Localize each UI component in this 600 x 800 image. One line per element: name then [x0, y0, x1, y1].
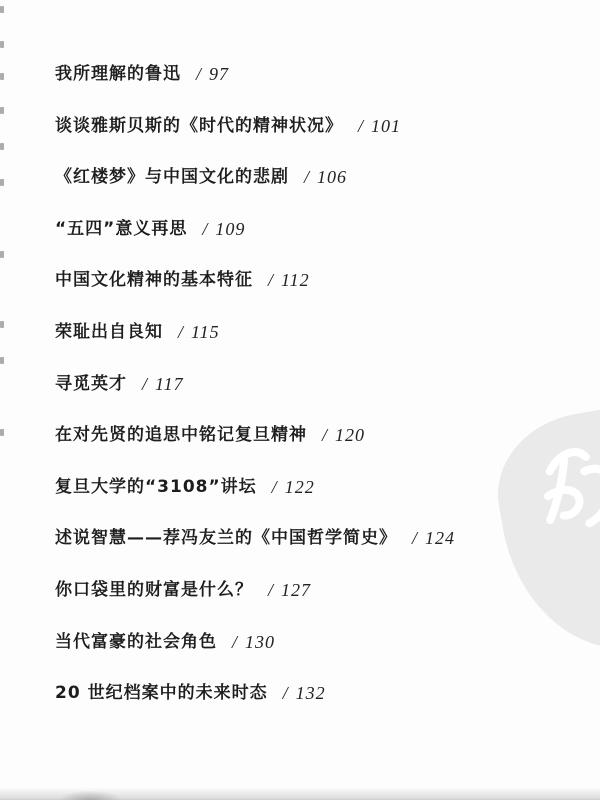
left-edge-artifact	[0, 429, 4, 436]
toc-entry-page: 130	[245, 632, 275, 652]
left-edge-artifact	[0, 179, 4, 186]
left-edge-artifact	[0, 6, 4, 13]
toc-entry-separator: /	[358, 116, 363, 136]
toc-entry-separator: /	[304, 167, 309, 187]
toc-entry-title: 20 世纪档案中的未来时态	[55, 683, 268, 703]
toc-entry-separator: /	[272, 477, 277, 497]
toc-entry: 在对先贤的追思中铭记复旦精神 / 120	[55, 425, 600, 477]
toc-entry-title: 中国文化精神的基本特征	[55, 270, 253, 290]
left-edge-artifact	[0, 321, 4, 328]
toc-entry-separator: /	[283, 683, 288, 703]
toc-entry-separator: /	[142, 374, 147, 394]
toc-entry-page: 115	[191, 322, 220, 342]
toc-entry-separator: /	[322, 425, 327, 445]
toc-entry-page: 132	[296, 683, 326, 703]
bottom-scan-smudge	[60, 791, 120, 800]
toc-entry-page: 109	[215, 219, 245, 239]
toc-entry-separator: /	[268, 580, 273, 600]
toc-entry-page: 120	[335, 425, 365, 445]
toc-entry: 20 世纪档案中的未来时态 / 132	[55, 683, 600, 735]
toc-entry-page: 117	[155, 374, 184, 394]
toc-entry-title: “五四”意义再思	[55, 219, 187, 239]
toc-entry-title: 复旦大学的“3108”讲坛	[55, 477, 257, 497]
toc-entry-title: 寻觅英才	[55, 374, 127, 394]
toc-entry-page: 106	[317, 167, 347, 187]
toc-entry-title: 述说智慧——荐冯友兰的《中国哲学简史》	[55, 528, 397, 548]
toc-entry-page: 97	[209, 64, 229, 84]
toc-entry-title: 谈谈雅斯贝斯的《时代的精神状况》	[55, 116, 343, 136]
toc-entry-title: 当代富豪的社会角色	[55, 632, 217, 652]
toc-entry-separator: /	[178, 322, 183, 342]
toc-entry: 荣耻出自良知 / 115	[55, 322, 600, 374]
toc-entry: 当代富豪的社会角色 / 130	[55, 632, 600, 684]
toc-entry: 寻觅英才 / 117	[55, 374, 600, 426]
toc-entry: 你口袋里的财富是什么？ / 127	[55, 580, 600, 632]
toc-entry-separator: /	[196, 64, 201, 84]
toc-entry: 谈谈雅斯贝斯的《时代的精神状况》 / 101	[55, 116, 600, 168]
toc-entry-page: 122	[285, 477, 315, 497]
toc-entry-title: 我所理解的鲁迅	[55, 64, 181, 84]
toc-entry-title: 在对先贤的追思中铭记复旦精神	[55, 425, 307, 445]
toc-entry-title: 荣耻出自良知	[55, 322, 163, 342]
toc-entry-separator: /	[202, 219, 207, 239]
scanned-page: 我所理解的鲁迅 / 97 谈谈雅斯贝斯的《时代的精神状况》 / 101 《红楼梦…	[0, 0, 600, 800]
toc-entry-separator: /	[268, 270, 273, 290]
table-of-contents: 我所理解的鲁迅 / 97 谈谈雅斯贝斯的《时代的精神状况》 / 101 《红楼梦…	[55, 64, 600, 735]
toc-entry: 述说智慧——荐冯友兰的《中国哲学简史》 / 124	[55, 528, 600, 580]
left-edge-artifact	[0, 357, 4, 364]
toc-entry: 复旦大学的“3108”讲坛 / 122	[55, 477, 600, 529]
left-edge-artifact	[0, 251, 4, 258]
toc-entry-title: 《红楼梦》与中国文化的悲剧	[55, 167, 289, 187]
toc-entry-page: 112	[281, 270, 310, 290]
toc-entry-page: 101	[371, 116, 401, 136]
toc-entry-page: 127	[281, 580, 311, 600]
left-edge-artifact	[0, 143, 4, 150]
toc-entry: 中国文化精神的基本特征 / 112	[55, 270, 600, 322]
left-edge-artifact	[0, 41, 4, 48]
toc-entry-page: 124	[425, 528, 455, 548]
toc-entry-title: 你口袋里的财富是什么？	[55, 580, 253, 600]
toc-entry-separator: /	[232, 632, 237, 652]
toc-entry-separator: /	[412, 528, 417, 548]
toc-entry: 《红楼梦》与中国文化的悲剧 / 106	[55, 167, 600, 219]
toc-entry: 我所理解的鲁迅 / 97	[55, 64, 600, 116]
toc-entry: “五四”意义再思 / 109	[55, 219, 600, 271]
left-edge-artifact	[0, 107, 4, 114]
left-edge-artifact	[0, 73, 4, 80]
